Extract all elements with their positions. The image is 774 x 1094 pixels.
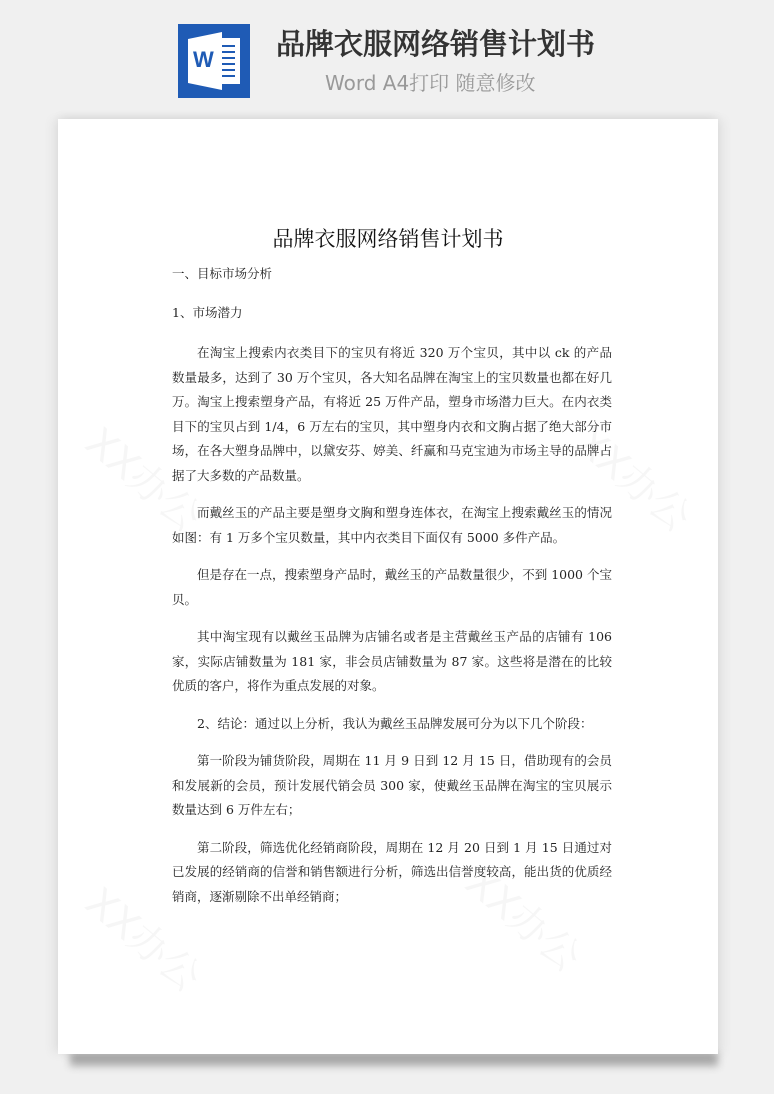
paragraph: 而戴丝玉的产品主要是塑身文胸和塑身连体衣，在淘宝上搜索戴丝玉的情况如图：有 1 …: [172, 501, 612, 550]
word-cover: W: [188, 32, 222, 90]
word-document-icon: W: [178, 24, 250, 98]
banner-subtitle: Word A4打印 随意修改: [325, 70, 536, 96]
paragraph: 但是存在一点，搜索塑身产品时，戴丝玉的产品数量很少，不到 1000 个宝贝。: [172, 563, 612, 612]
paragraph: 在淘宝上搜索内衣类目下的宝贝有将近 320 万个宝贝，其中以 ck 的产品数量最…: [172, 341, 612, 488]
paragraph: 2、结论：通过以上分析，我认为戴丝玉品牌发展可分为以下几个阶段：: [172, 712, 612, 737]
banner-header: W 品牌衣服网络销售计划书 Word A4打印 随意修改: [0, 0, 774, 110]
page-shadow: [70, 1052, 718, 1066]
banner-title: 品牌衣服网络销售计划书: [276, 26, 595, 62]
document-body: 一、目标市场分析 1、市场潜力 在淘宝上搜索内衣类目下的宝贝有将近 320 万个…: [172, 262, 612, 922]
document-title: 品牌衣服网络销售计划书: [58, 224, 718, 254]
subsection-heading: 1、市场潜力: [172, 301, 612, 326]
section-heading: 一、目标市场分析: [172, 262, 612, 287]
document-page: XX办公 XX办公 XX办公 XX办公 品牌衣服网络销售计划书 一、目标市场分析…: [58, 119, 718, 1054]
paragraph: 第二阶段，筛选优化经销商阶段，周期在 12 月 20 日到 1 月 15 日通过…: [172, 836, 612, 910]
paragraph: 第一阶段为铺货阶段，周期在 11 月 9 日到 12 月 15 日，借助现有的会…: [172, 749, 612, 823]
word-letter: W: [193, 49, 214, 71]
paragraph: 其中淘宝现有以戴丝玉品牌为店铺名或者是主营戴丝玉产品的店铺有 106 家，实际店…: [172, 625, 612, 699]
